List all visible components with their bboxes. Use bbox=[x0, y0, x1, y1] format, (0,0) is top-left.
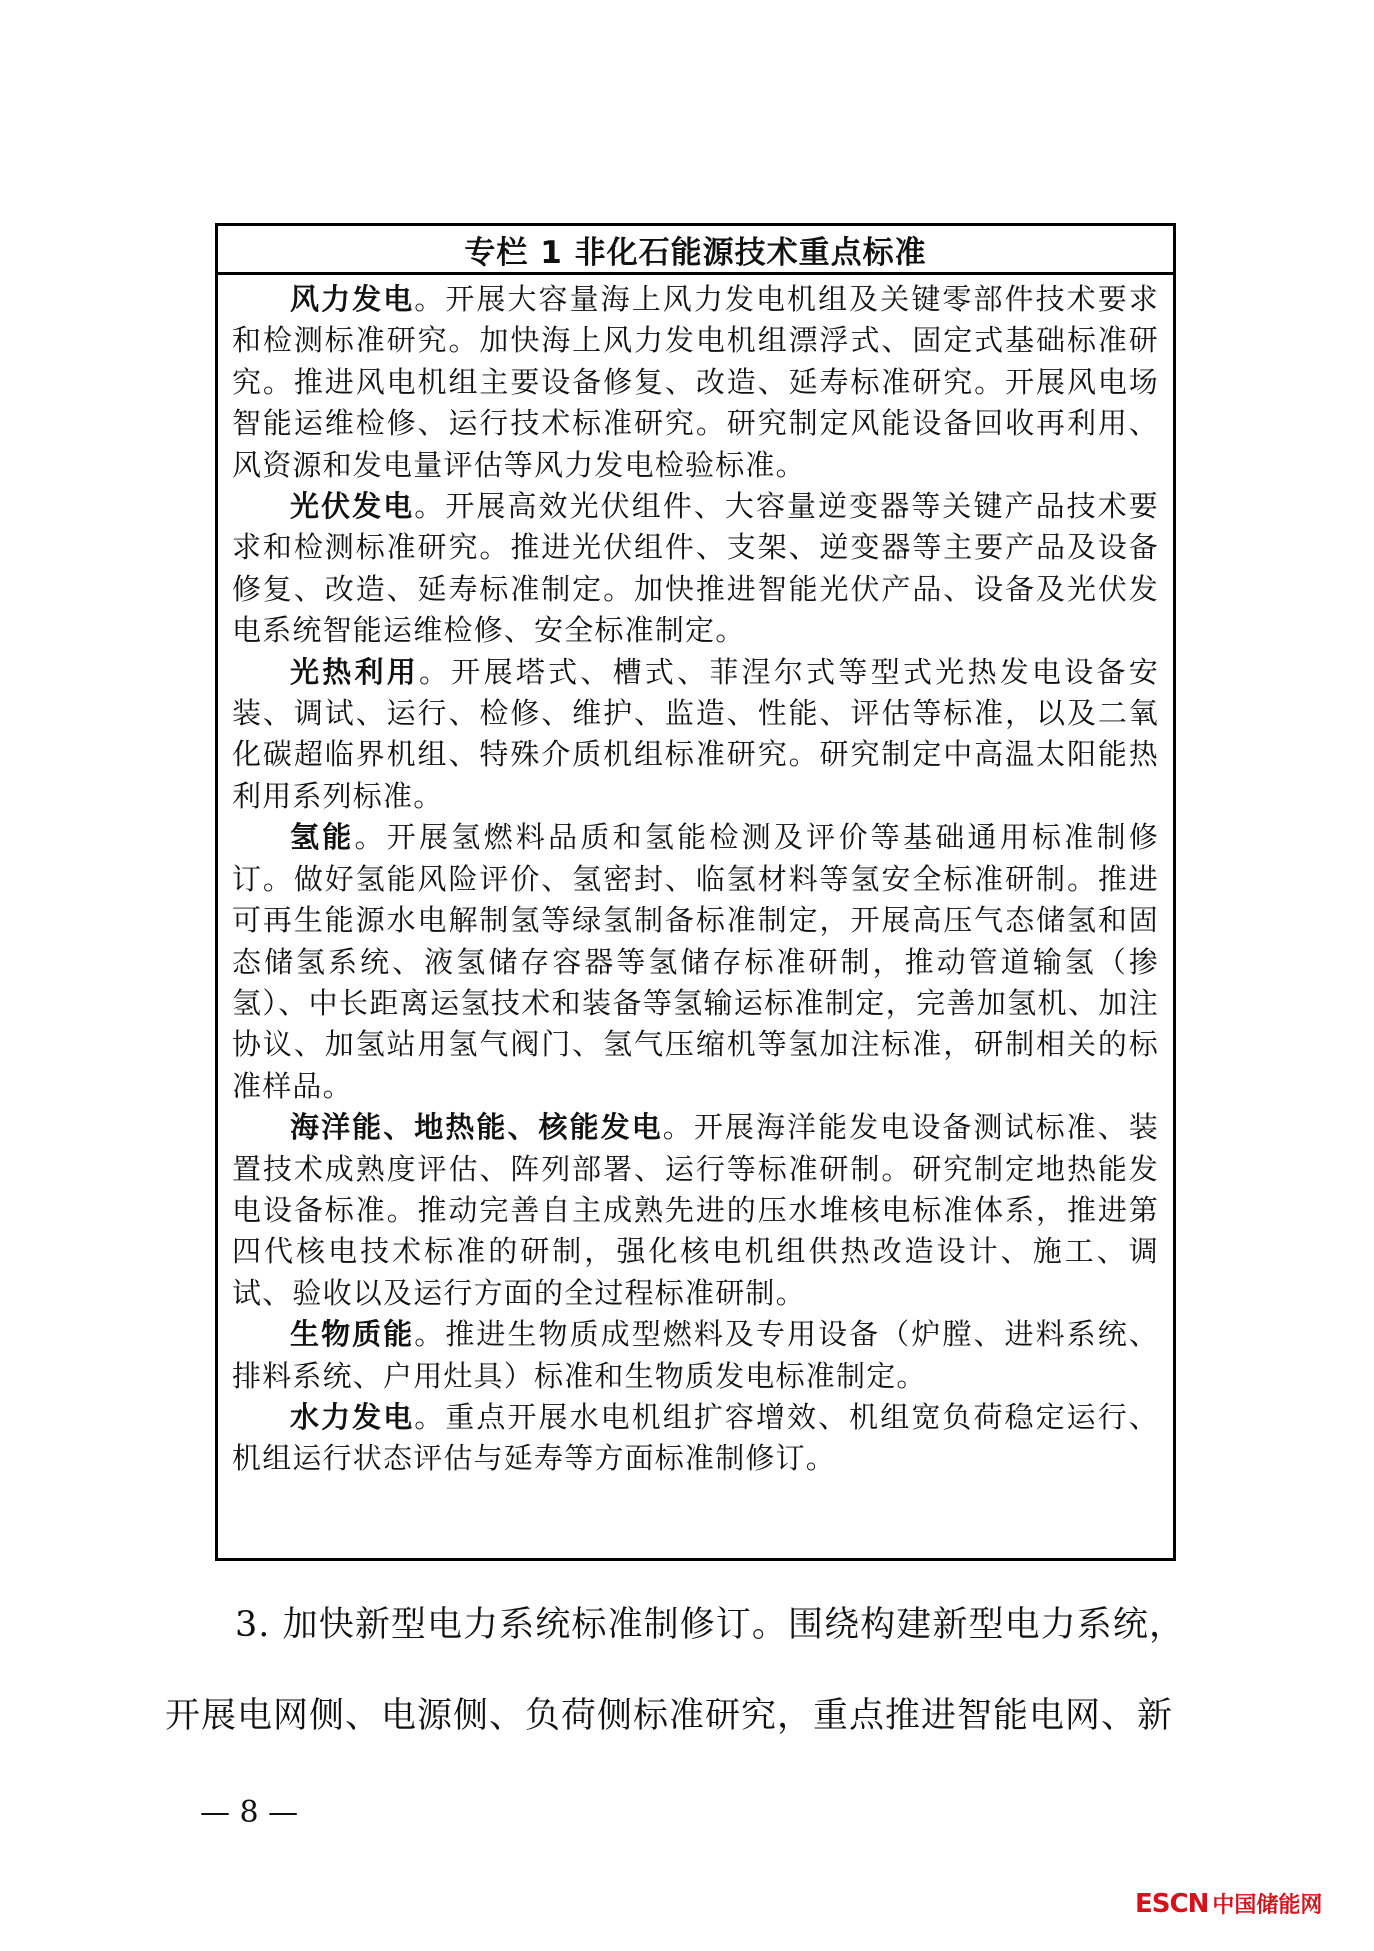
section-hydropower: 水力发电。重点开展水电机组扩容增效、机组宽负荷稳定运行、机组运行状态评估与延寿等… bbox=[232, 1397, 1159, 1480]
section-wind: 风力发电。开展大容量海上风力发电机组及关键零部件技术要求和检测标准研究。加快海上… bbox=[232, 279, 1159, 486]
section-lead: 水力发电 bbox=[290, 1400, 414, 1434]
watermark-en: ESCN bbox=[1135, 1889, 1208, 1919]
section-lead: 光伏发电 bbox=[290, 489, 414, 523]
section-lead: 风力发电 bbox=[290, 282, 414, 316]
section-lead: 氢能 bbox=[290, 820, 355, 854]
escn-watermark-logo: ESCN中国储能网 bbox=[1135, 1888, 1322, 1919]
section-hydrogen: 氢能。开展氢燃料品质和氢能检测及评价等基础通用标准制修订。做好氢能风险评价、氢密… bbox=[232, 817, 1159, 1107]
section-text: 。开展氢燃料品质和氢能检测及评价等基础通用标准制修订。做好氢能风险评价、氢密封、… bbox=[232, 820, 1159, 1102]
section-lead: 海洋能、地热能、核能发电 bbox=[290, 1110, 663, 1144]
body-paragraph: 3. 加快新型电力系统标准制修订。围绕构建新型电力系统，开展电网侧、电源侧、负荷… bbox=[165, 1580, 1185, 1762]
section-lead: 光热利用 bbox=[290, 655, 419, 689]
section-lead: 生物质能 bbox=[290, 1317, 414, 1351]
sidebar-box: 专栏 1 非化石能源技术重点标准 风力发电。开展大容量海上风力发电机组及关键零部… bbox=[215, 223, 1176, 1561]
watermark-cn: 中国储能网 bbox=[1212, 1893, 1322, 1918]
sidebar-box-title: 专栏 1 非化石能源技术重点标准 bbox=[218, 226, 1173, 275]
section-ocean-geothermal-nuclear: 海洋能、地热能、核能发电。开展海洋能发电设备测试标准、装置技术成熟度评估、阵列部… bbox=[232, 1107, 1159, 1314]
page-number: — 8 — bbox=[200, 1795, 298, 1830]
sidebar-box-body: 风力发电。开展大容量海上风力发电机组及关键零部件技术要求和检测标准研究。加快海上… bbox=[218, 275, 1173, 1480]
section-photovoltaic: 光伏发电。开展高效光伏组件、大容量逆变器等关键产品技术要求和检测标准研究。推进光… bbox=[232, 486, 1159, 652]
section-biomass: 生物质能。推进生物质成型燃料及专用设备（炉膛、进料系统、排料系统、户用灶具）标准… bbox=[232, 1314, 1159, 1397]
section-solar-thermal: 光热利用。开展塔式、槽式、菲涅尔式等型式光热发电设备安装、调试、运行、检修、维护… bbox=[232, 652, 1159, 818]
